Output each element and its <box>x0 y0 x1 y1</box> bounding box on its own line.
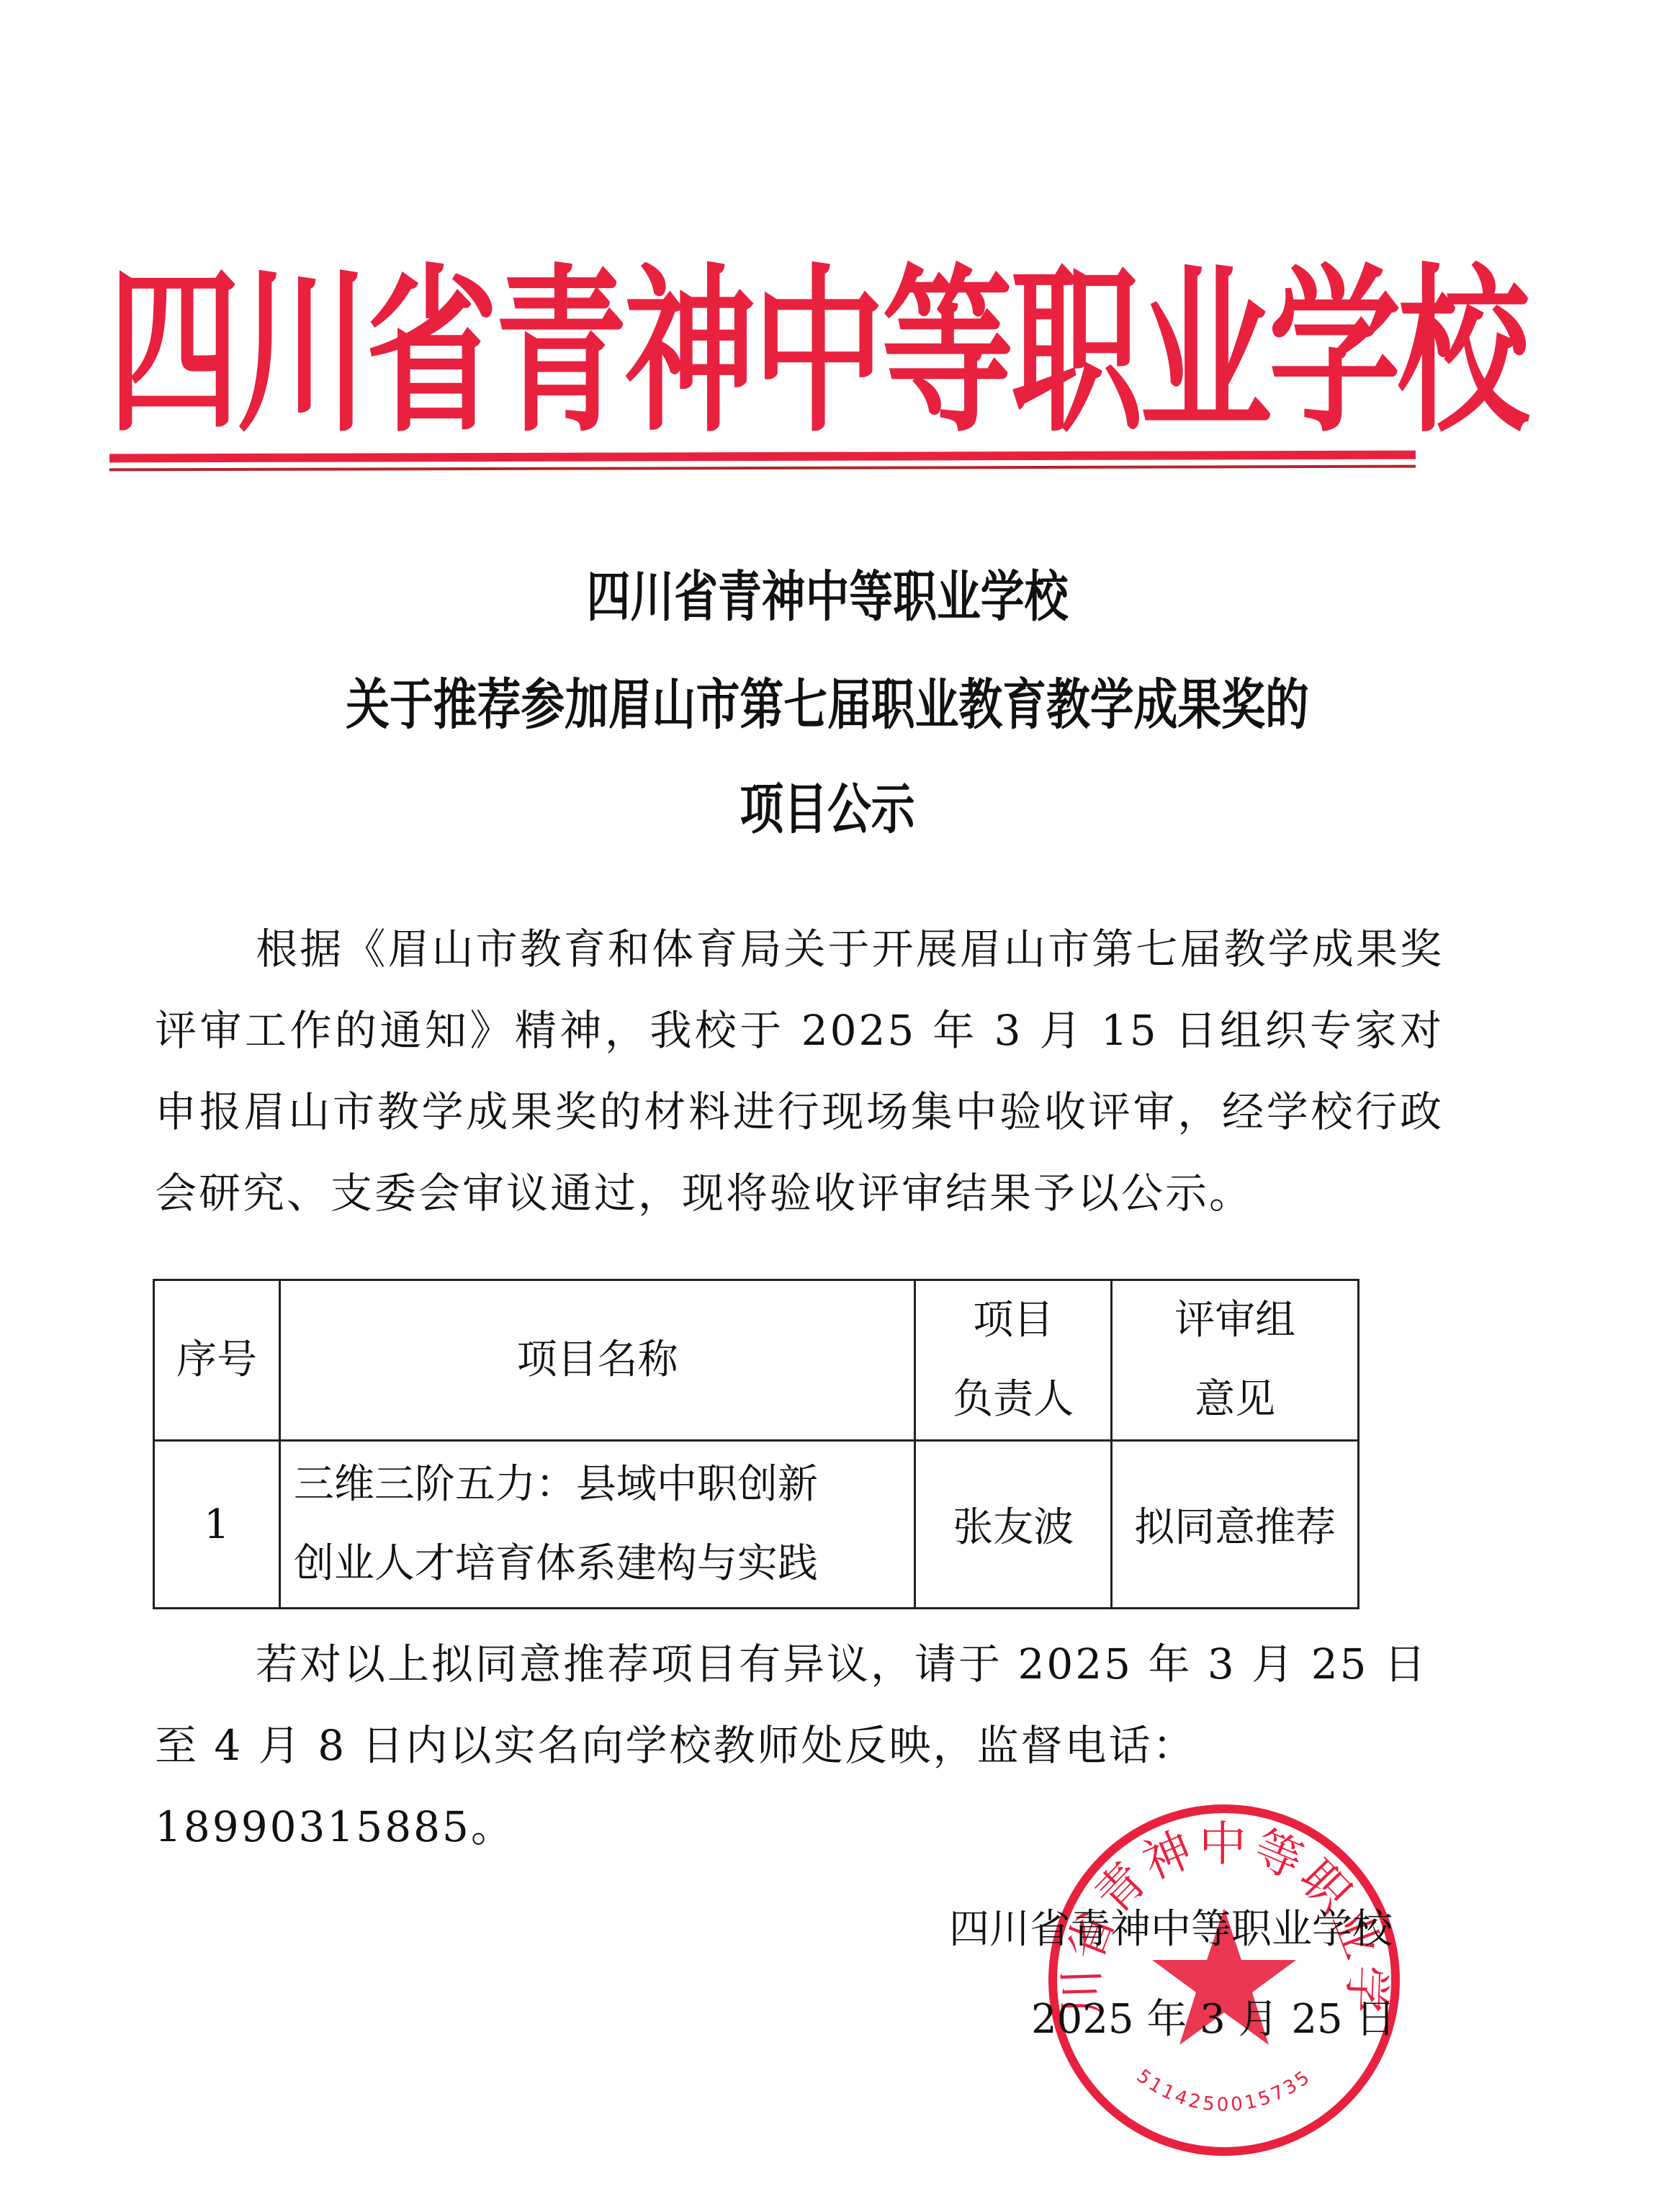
table-header-row: 序号 项目名称 项目 负责人 评审组 意见 <box>154 1280 1359 1441</box>
title-line-3: 项目公示 <box>0 765 1654 844</box>
svg-text:5114250015735: 5114250015735 <box>1133 2065 1316 2116</box>
letterhead-rule-thin <box>109 465 1416 472</box>
cell-index: 1 <box>154 1441 280 1609</box>
cell-opinion: 拟同意推荐 <box>1112 1441 1359 1609</box>
title-line-2: 关于推荐参加眉山市第七届职业教育教学成果奖的 <box>0 661 1654 739</box>
project-table: 序号 项目名称 项目 负责人 评审组 意见 1 三维三阶五力：县域中职创新 创业… <box>153 1279 1359 1609</box>
cell-project-name: 三维三阶五力：县域中职创新 创业人才培育体系建构与实践 <box>279 1441 914 1609</box>
cell-leader: 张友波 <box>915 1441 1112 1609</box>
body-paragraph-1: 根据《眉山市教育和体育局关于开展眉山市第七届教学成果奖评审工作的通知》精神，我校… <box>155 909 1444 1234</box>
letterhead-org-name: 四川省青神中等职业学校 <box>108 245 1083 461</box>
title-line-1: 四川省青神中等职业学校 <box>0 553 1654 631</box>
header-opinion: 评审组 意见 <box>1112 1280 1359 1441</box>
header-project-name: 项目名称 <box>279 1280 914 1441</box>
signature-org: 四川省青神中等职业学校 <box>949 1897 1393 1955</box>
official-seal-icon: 四川省青神中等职业学校 5114250015735 <box>1044 1800 1404 2160</box>
table-row: 1 三维三阶五力：县域中职创新 创业人才培育体系建构与实践 张友波 拟同意推荐 <box>154 1441 1359 1609</box>
signature-date: 2025 年 3 月 25 日 <box>1031 1987 1395 2045</box>
header-index: 序号 <box>154 1280 280 1441</box>
header-leader: 项目 负责人 <box>915 1280 1112 1441</box>
